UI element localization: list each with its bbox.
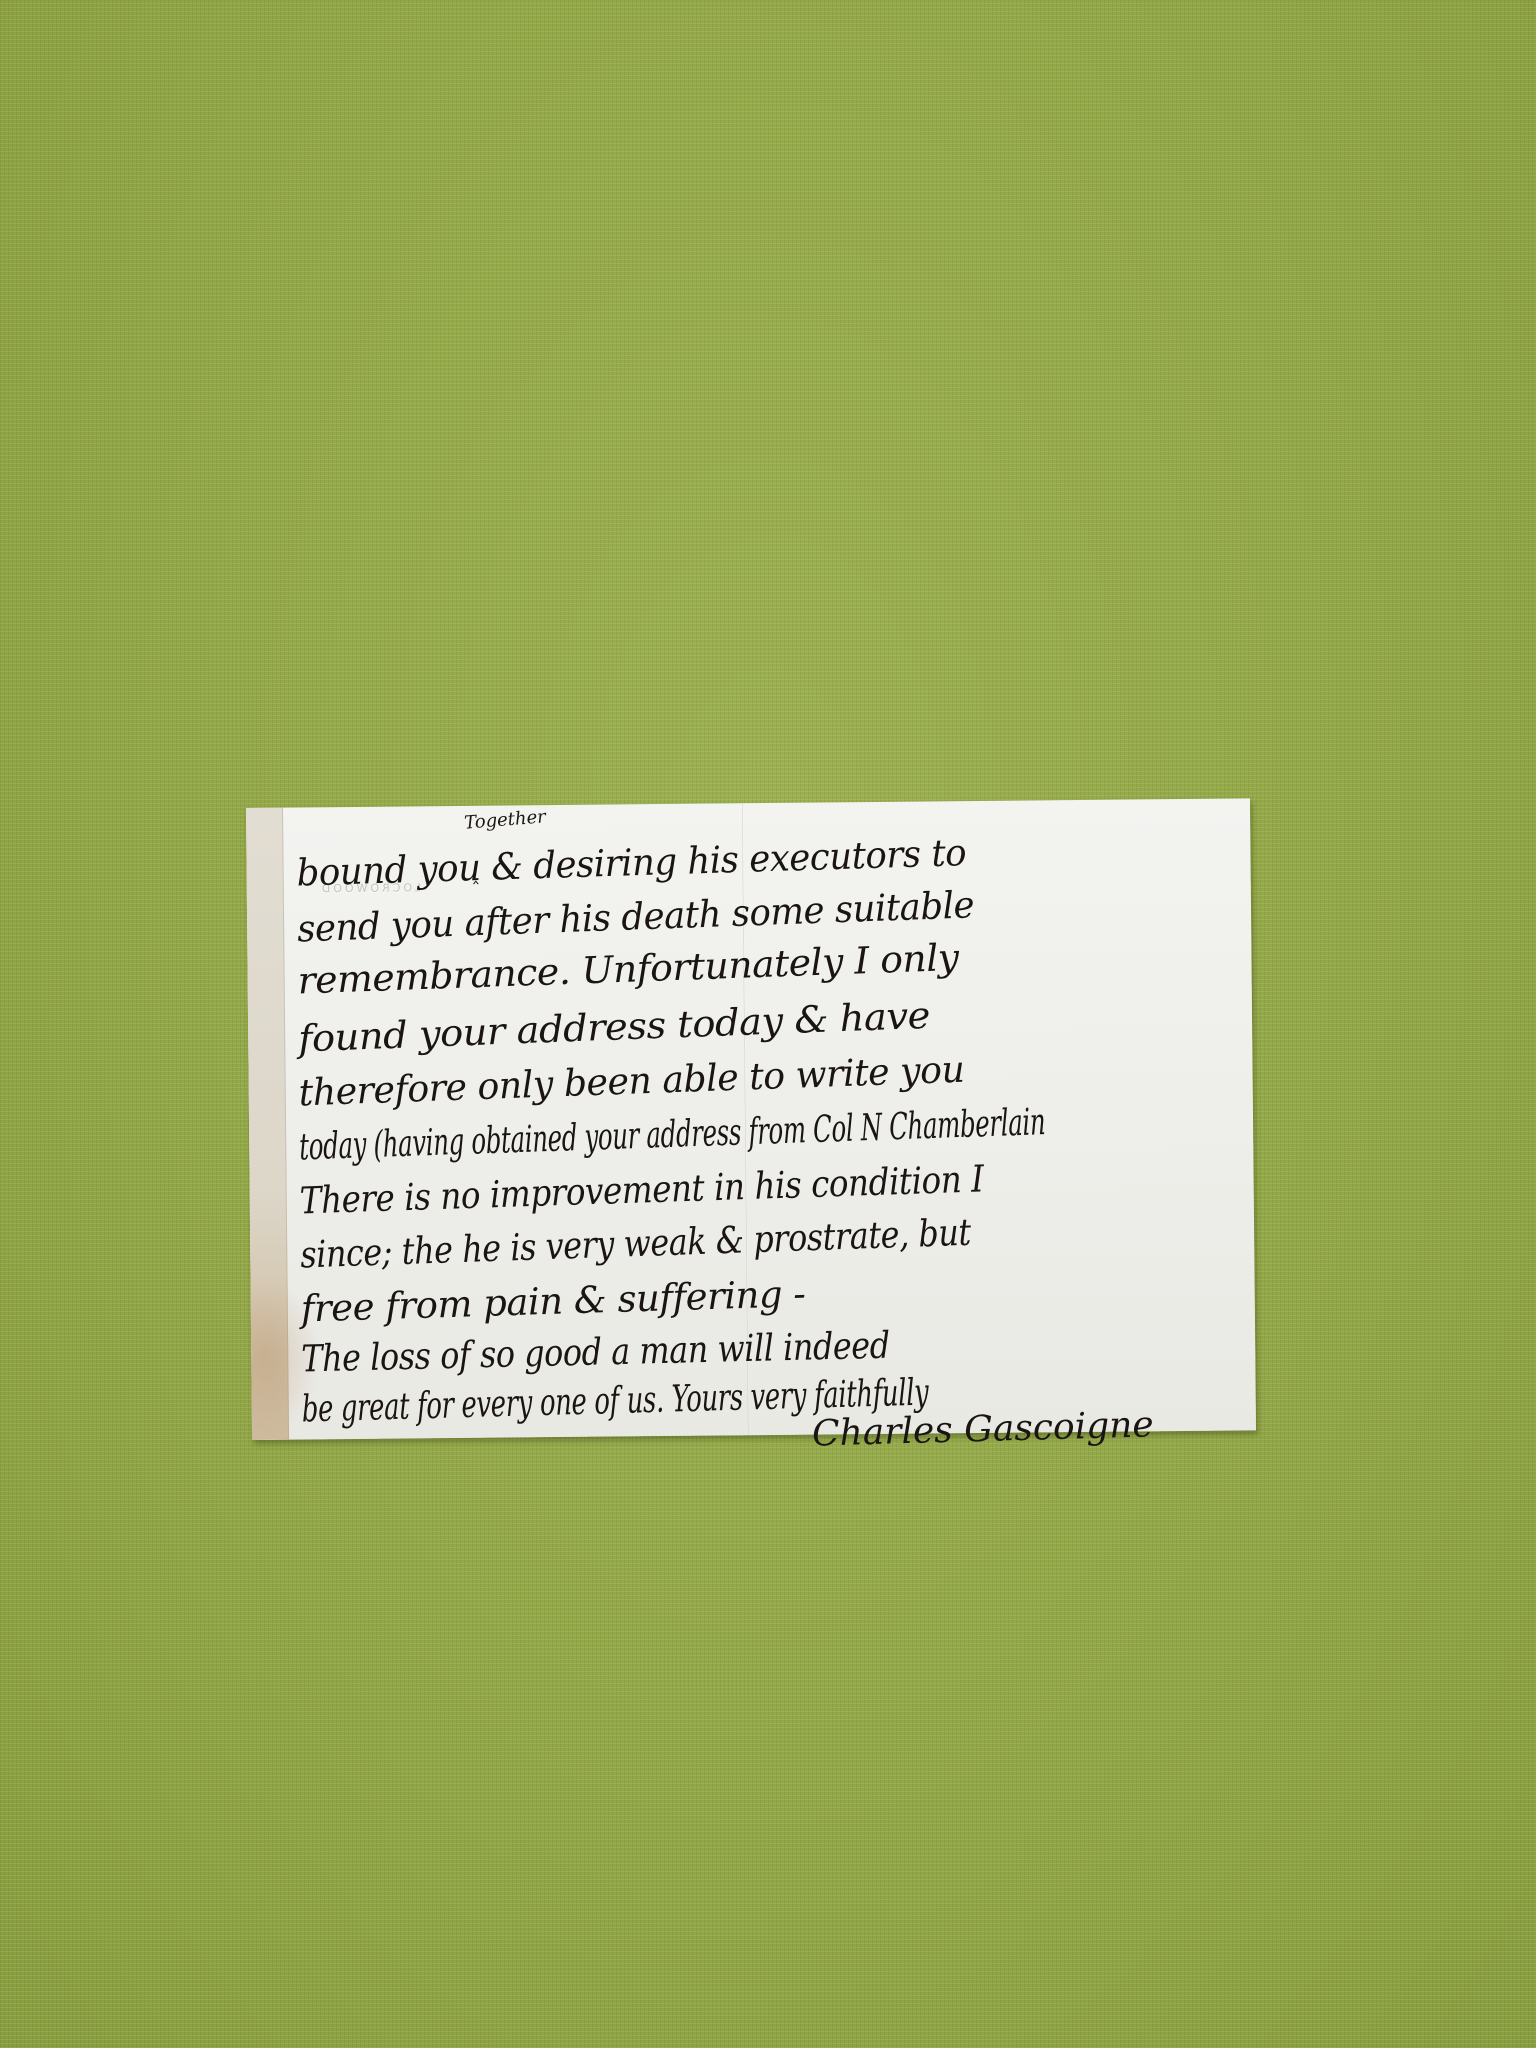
letter-line-5: therefore only been able to write you <box>298 1048 965 1115</box>
letter-body: bound you & desiring his executors to se… <box>296 821 1230 830</box>
letter-card: LOCROWOOD Together ‸ bound you & desirin… <box>246 798 1256 1440</box>
letter-line-4: found your address today & have <box>297 994 930 1061</box>
letter-line-8: since; the he is very weak & prostrate, … <box>300 1211 972 1277</box>
letter-line-9: free from pain & suffering - <box>300 1272 806 1330</box>
letter-line-10: The loss of so good a man will indeed <box>301 1324 890 1381</box>
inserted-word: Together <box>463 806 546 833</box>
letter-line-1: bound you & desiring his executors to <box>296 831 967 894</box>
